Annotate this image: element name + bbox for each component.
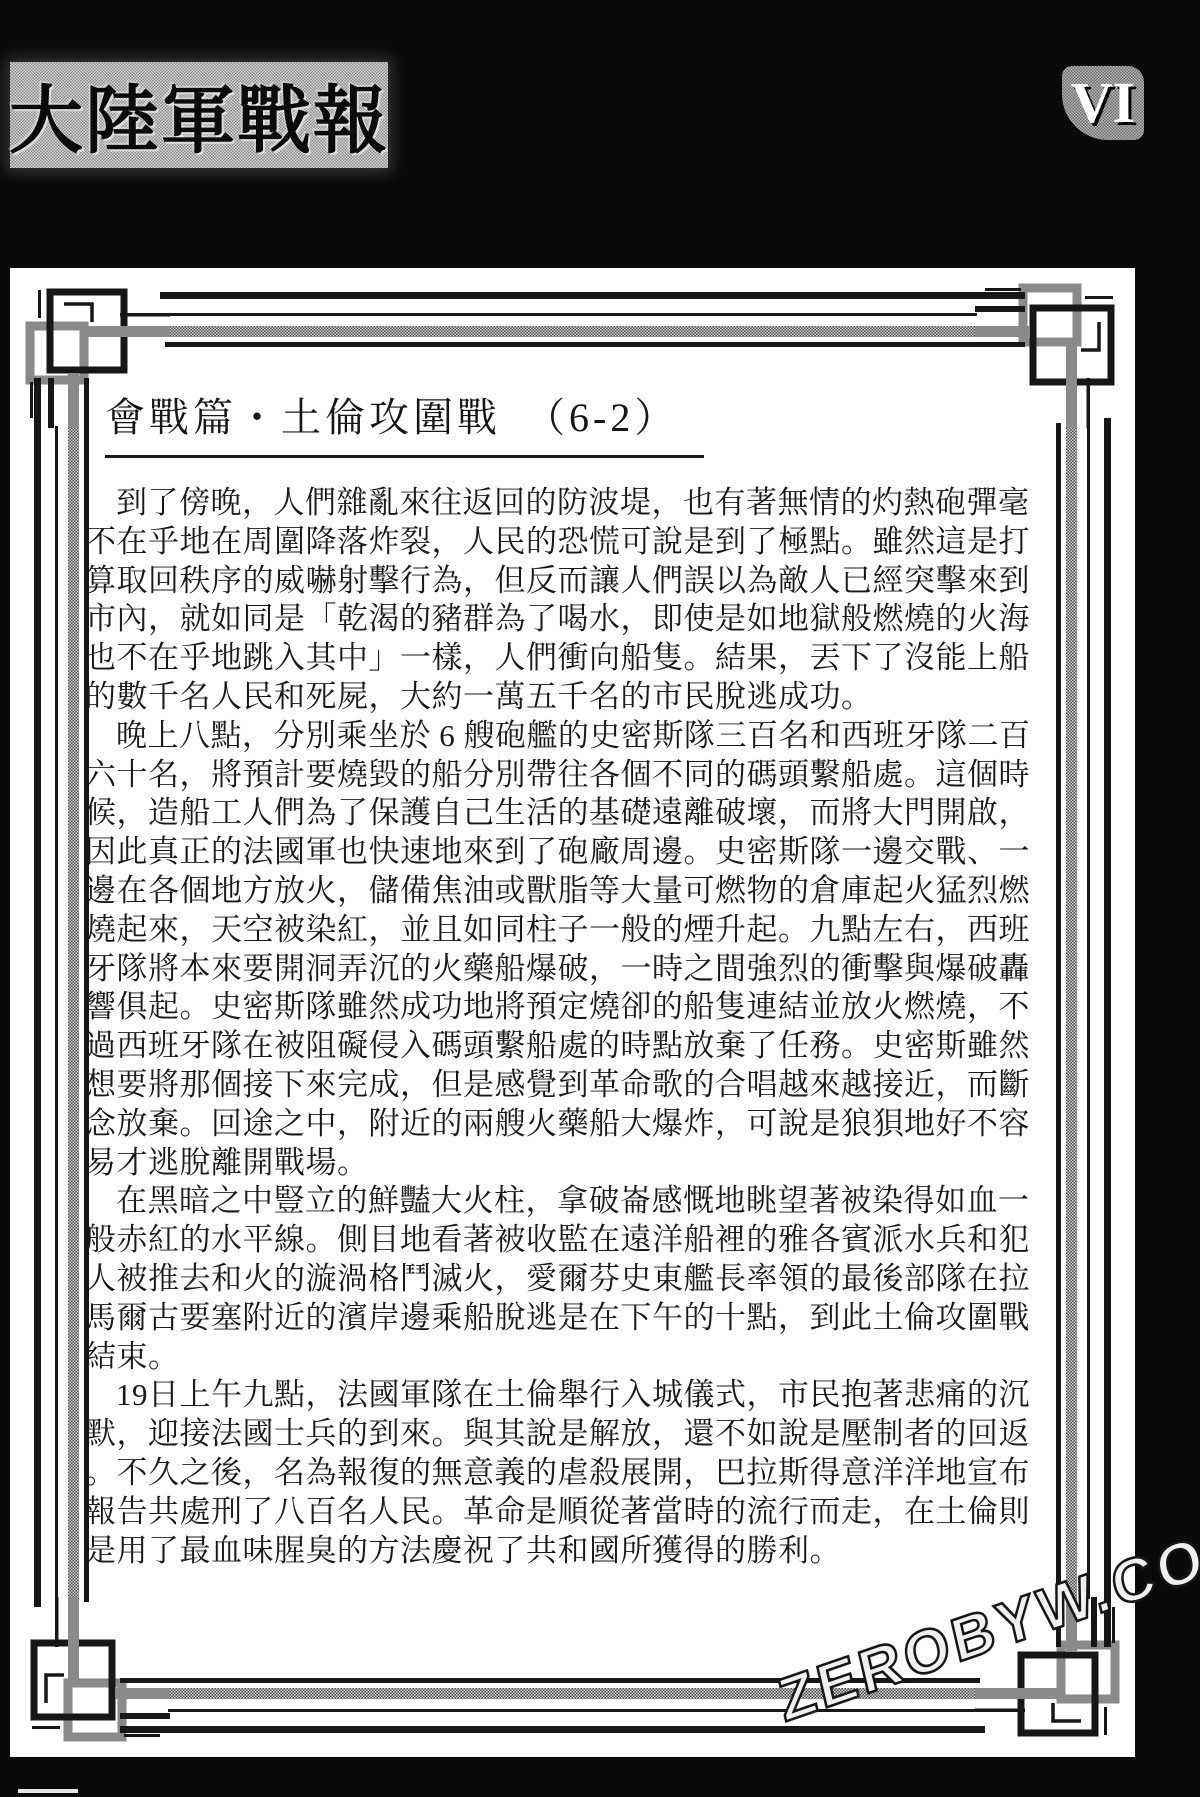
series-logo-text: 大陸軍戰報 <box>9 62 389 168</box>
text-line: 候，造船工人們為了保護自己生活的基礎遠離破壞，而將大門開啟， <box>85 794 1047 833</box>
paragraph: 在黑暗之中豎立的鮮豔大火柱，拿破崙感慨地眺望著被染得如血一般赤紅的水平線。側目地… <box>85 1182 1047 1376</box>
text-line: 易才逃脫離開戰場。 <box>85 1144 1047 1183</box>
book-page: 會戰篇・土倫攻圍戰 （6-2） 到了傍晚，人們雜亂來往返回的防波堤，也有著無情的… <box>10 268 1135 1757</box>
text-line: 人被推去和火的漩渦格鬥滅火，愛爾芬史東艦長率領的最後部隊在拉 <box>85 1260 1047 1299</box>
frame-line <box>165 326 980 337</box>
text-line: 燒起來，天空被染紅，並且如同柱子一般的煙升起。九點左右，西班 <box>85 911 1047 950</box>
frame-line <box>1087 426 1090 1599</box>
text-line: 算取回秩序的威嚇射擊行為，但反而讓人們誤以為敵人已經突擊來到 <box>85 562 1047 601</box>
text-line: 念放棄。回途之中，附近的兩艘火藥船大爆炸，可說是狼狽地好不容 <box>85 1105 1047 1144</box>
scanned-page-root: 大陸軍戰報 VI <box>0 0 1200 1797</box>
text-line: 邊在各個地方放火，儲備焦油或獸脂等大量可燃物的倉庫起火猛烈燃 <box>85 872 1047 911</box>
text-line: 晚上八點，分別乘坐於 6 艘砲艦的史密斯隊三百名和西班牙隊二百 <box>85 717 1047 756</box>
text-line: 報告共處刑了八百名人民。革命是順從著當時的流行而走，在土倫則 <box>85 1493 1047 1532</box>
text-line: 。不久之後，名為報復的無意義的虐殺展開，巴拉斯得意洋洋地宣布 <box>85 1454 1047 1493</box>
text-line: 19日上午九點，法國軍隊在土倫舉行入城儀式，市民抱著悲痛的沉 <box>85 1376 1047 1415</box>
frame-line <box>165 342 980 347</box>
paragraph: 19日上午九點，法國軍隊在土倫舉行入城儀式，市民抱著悲痛的沉默，迎接法國士兵的到… <box>85 1376 1047 1570</box>
frame-line <box>1066 423 1077 1602</box>
frame-line <box>168 313 977 316</box>
paragraph: 到了傍晚，人們雜亂來往返回的防波堤，也有著無情的灼熱砲彈毫不在乎地在周圍降落炸裂… <box>85 484 1047 717</box>
scan-edge-artifact <box>18 1789 78 1793</box>
section-heading: 會戰篇・土倫攻圍戰 （6-2） <box>105 386 704 458</box>
article: 會戰篇・土倫攻圍戰 （6-2） 到了傍晚，人們雜亂來往返回的防波堤，也有著無情的… <box>85 386 1047 1570</box>
text-line: 到了傍晚，人們雜亂來往返回的防波堤，也有著無情的灼熱砲彈毫 <box>85 484 1047 523</box>
frame-line <box>55 426 58 1599</box>
text-line: 六十名，將預計要燒毀的船分別帶往各個不同的碼頭繫船處。這個時 <box>85 756 1047 795</box>
text-line: 市內，就如同是「乾渴的豬群為了喝水，即使是如地獄般燃燒的火海 <box>85 600 1047 639</box>
text-line: 牙隊將本來要開洞弄沉的火藥船爆破，一時之間強烈的衝擊與爆破轟 <box>85 950 1047 989</box>
text-line: 因此真正的法國軍也快速地來到了砲廠周邊。史密斯隊一邊交戰、一 <box>85 833 1047 872</box>
page-number-badge: VI <box>1062 66 1144 140</box>
text-line: 響俱起。史密斯隊雖然成功地將預定燒卻的船隻連結並放火燃燒，不 <box>85 988 1047 1027</box>
text-line: 默，迎接法國士兵的到來。與其說是解放，還不如說是壓制者的回返 <box>85 1415 1047 1454</box>
frame-corner-icon <box>20 1597 170 1747</box>
text-line: 在黑暗之中豎立的鮮豔大火柱，拿破崙感慨地眺望著被染得如血一 <box>85 1182 1047 1221</box>
text-line: 不在乎地在周圍降落炸裂，人民的恐慌可說是到了極點。雖然這是打 <box>85 523 1047 562</box>
frame-line <box>1104 418 1111 1607</box>
page-number-text: VI <box>1071 74 1135 132</box>
text-line: 過西班牙隊在被阻礙侵入碼頭繫船處的時點放棄了任務。史密斯雖然 <box>85 1027 1047 1066</box>
text-line: 般赤紅的水平線。側目地看著被收監在遠洋船裡的雅各賓派水兵和犯 <box>85 1221 1047 1260</box>
text-line: 想要將那個接下來完成，但是感覺到革命歌的合唱越來越接近，而斷 <box>85 1066 1047 1105</box>
text-line: 結束。 <box>85 1338 1047 1377</box>
frame-line <box>34 418 41 1607</box>
frame-line <box>68 423 79 1602</box>
article-body: 到了傍晚，人們雜亂來往返回的防波堤，也有著無情的灼熱砲彈毫不在乎地在周圍降落炸裂… <box>85 484 1047 1570</box>
frame-line <box>160 292 985 299</box>
text-line: 也不在乎地跳入其中」一樣，人們衝向船隻。結果，丟下了沒能上船 <box>85 639 1047 678</box>
text-line: 是用了最血味腥臭的方法慶祝了共和國所獲得的勝利。 <box>85 1532 1047 1571</box>
text-line: 的數千名人民和死屍，大約一萬五千名的市民脫逃成功。 <box>85 678 1047 717</box>
text-line: 馬爾古要塞附近的濱岸邊乘船脫逃是在下午的十點，到此土倫攻圍戰 <box>85 1299 1047 1338</box>
series-logo: 大陸軍戰報 <box>10 62 388 168</box>
paragraph: 晚上八點，分別乘坐於 6 艘砲艦的史密斯隊三百名和西班牙隊二百六十名，將預計要燒… <box>85 717 1047 1183</box>
frame-line <box>1056 423 1061 1602</box>
frame-line <box>160 1726 985 1733</box>
